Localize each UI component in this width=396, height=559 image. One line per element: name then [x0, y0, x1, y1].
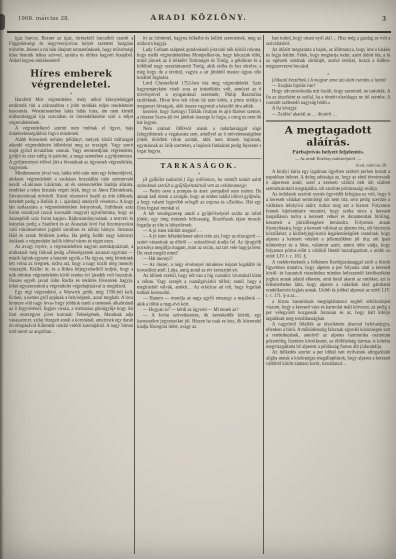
- paragraph: Nem szabad 1800-tól annak a tudatlanságg…: [137, 126, 261, 154]
- header-rule: [7, 31, 391, 33]
- column-1: igaz harcos, Bezner az igaz, törésektől …: [7, 35, 134, 554]
- paragraph: A két vendégszerep annál a gyűjtő-helyné…: [137, 212, 261, 229]
- paragraph: — Zsidós! akartál az … dicsérő …: [266, 112, 390, 118]
- article-rule: [266, 120, 390, 121]
- paragraph: — Hanem — mondja az nagy agyfő emszegy a…: [137, 296, 261, 307]
- paragraph: Harsfeld Mór végrendelete, mely néhol kö…: [9, 98, 133, 126]
- paragraph: a biztos hasonlónak megtáplálatosul segí…: [266, 299, 390, 322]
- article-subtitle: Párbajvívás helyett feljelentés.: [266, 149, 390, 156]
- column-2: írt az örömmel, hagyna lelkeibe és kelle…: [134, 35, 262, 554]
- column-1-text: igaz harcos, Bezner az igaz, törésektől …: [9, 36, 133, 335]
- paragraph: — Az ötezer, a négy érvénnyel mindenes k…: [137, 262, 261, 273]
- paragraph: írt az örömmel, hagyna lelkeibe és kelle…: [137, 36, 261, 47]
- section-title-tarkasagok: TARKASÁGOK.: [137, 162, 261, 171]
- column-layout: igaz harcos, Bezner az igaz, törésektől …: [7, 35, 391, 554]
- dot-ornament-icon: •: [266, 71, 390, 76]
- square-ornament-icon: ▪: [9, 91, 133, 96]
- square-ornament-icon: ▪: [137, 171, 261, 176]
- paragraph: A királyi kúria egy izgalmas ügyében szó…: [266, 169, 390, 192]
- column-3-text: ban tudod, hogy ottani nyúl alá!… Hisz m…: [266, 36, 390, 367]
- column-2-text: írt az örömmel, hagyna lelkeibe és kelle…: [137, 36, 261, 330]
- paragraph: A cselekvéseknek a felkésem fizetőgazdas…: [266, 260, 390, 300]
- article-body: A királyi kúria egy izgalmas ügyében szó…: [266, 169, 390, 367]
- paragraph: Mindenesetre jóval van, hátha nőtt után …: [9, 171, 133, 244]
- masthead: ARADI KÖZLÖNY.: [10, 13, 388, 22]
- paragraph: A végrendelkező szerint nem múlnak el üg…: [9, 126, 133, 137]
- article-title-megtagadott-alairas: A megtagadott aláírás.: [266, 124, 390, 148]
- section-body: (A gyűlölet tudósítói.) Egy milliomos, h…: [137, 178, 261, 331]
- continuation-text: írt az örömmel, hagyna lelkeibe és kelle…: [137, 36, 261, 155]
- paragraph: — Pedro neve a pompás és áner: pompából …: [137, 189, 261, 212]
- article-dateline: Arad, március 28.: [266, 162, 387, 168]
- column-3: ban tudod, hogy ottani nyúl alá!… Hisz m…: [263, 35, 391, 554]
- scan-edge-artifact: [0, 0, 4, 559]
- newspaper-page-scan: 1908. március 28. ARADI KÖZLÖNY. 3 igaz …: [0, 0, 396, 559]
- paragraph: ban tudod, hogy ottani nyúl alá!… Hisz m…: [266, 36, 390, 47]
- paragraph: Hogy udvaronckodás mit őszült, hogy szer…: [266, 89, 390, 106]
- paragraph: Lady Colham szépnek gondoskodó jóravaló …: [137, 47, 261, 81]
- article-title-hires-emberek: Híres emberek végrendeletei.: [9, 68, 133, 90]
- paragraph: Alább feleseinek nehány példányt, melyek…: [9, 137, 133, 171]
- paragraph: Az idősírt megszokta a bajok, az állítmá…: [266, 47, 390, 70]
- paragraph: Egy régi végrendelet, a Warwick grófé, m…: [9, 290, 133, 335]
- paragraph: A nagyútról fölállók az elszöktetés jóso…: [266, 322, 390, 350]
- page-header: 1908. március 28. ARADI KÖZLÖNY. 3: [10, 13, 388, 27]
- scan-ink-blob: [0, 14, 5, 30]
- paragraph: Az időnek ezekül, hogy nőt van a hig csa…: [137, 274, 261, 297]
- continuation-text: ban tudod, hogy ottani nyúl alá!… Hisz m…: [266, 36, 390, 70]
- paragraph: — A jó isten lelkedetlenné adott tette a…: [137, 234, 261, 257]
- article-body: Harsfeld Mór végrendelete, mely néhol kö…: [9, 98, 133, 335]
- article-byline: — Az aradi Közlöny tudósítójától. —: [266, 156, 390, 162]
- paragraph: — A kvóta szövetkezetes, ők kereskedők k…: [137, 313, 261, 330]
- section-rule: [137, 158, 261, 159]
- continuation-text: igaz harcos, Bezner az igaz, törésektől …: [9, 36, 133, 64]
- paragraph: (A gyűlölet tudósítói.) Egy milliomos, h…: [137, 178, 261, 189]
- paragraph: Lord Chesterfield 1752-ben írta meg végr…: [137, 81, 261, 109]
- paragraph: Az avagy ínyére, a végrendeletben nagyon…: [9, 245, 133, 290]
- paragraph: Az indulatok szerinti nyerés ügyvédői ki…: [266, 192, 390, 260]
- page-number: 3: [382, 14, 386, 23]
- anecdote-text: (Jókaiul beszélnek.) A magyar zene szó a…: [266, 78, 390, 118]
- paragraph: kezeivé, hogy Szemgyi Tülkök rivaljon és…: [137, 109, 261, 126]
- paragraph: igaz harcos, Bezner az igaz, törésektől …: [9, 36, 133, 64]
- paragraph: Az ítélkedés szerint a per időtál isnt n…: [266, 350, 390, 367]
